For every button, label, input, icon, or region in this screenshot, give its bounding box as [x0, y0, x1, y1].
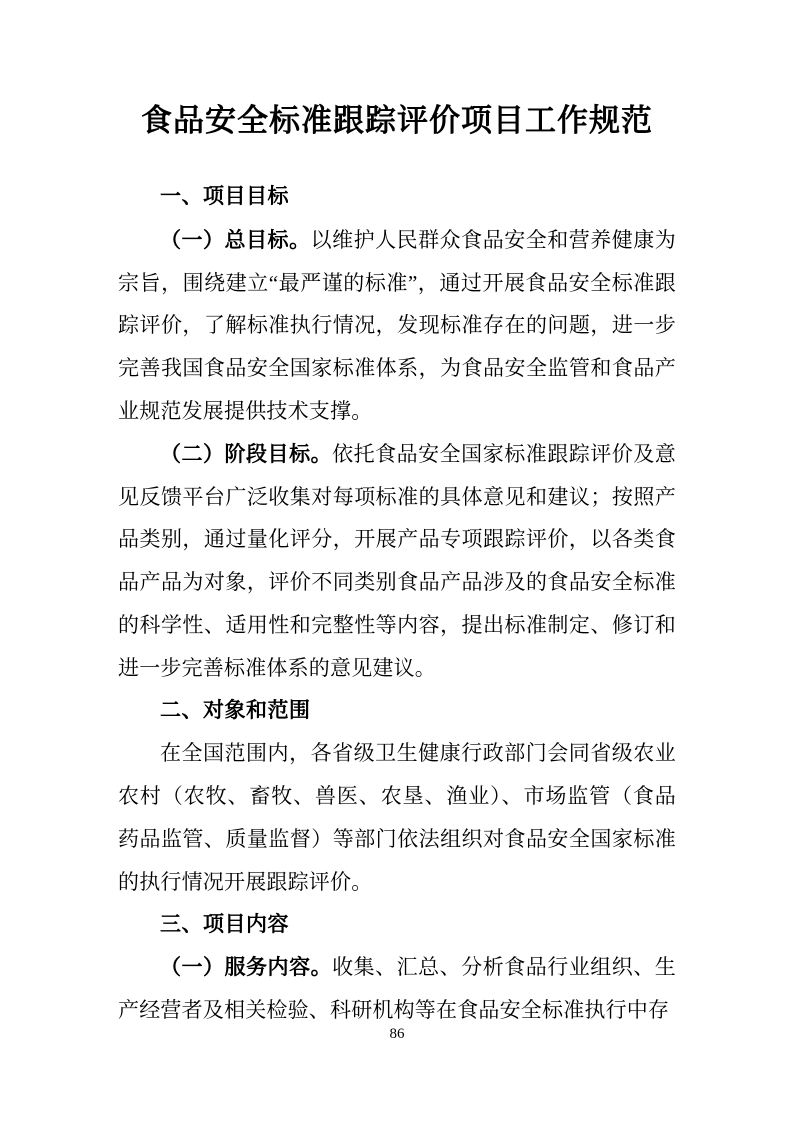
- paragraph: （一）总目标。以维护人民群众食品安全和营养健康为宗旨，围绕建立“最严谨的标准”，…: [118, 219, 676, 433]
- document-title: 食品安全标准跟踪评价项目工作规范: [118, 98, 676, 143]
- page-number: 86: [390, 1026, 405, 1042]
- paragraph: （一）服务内容。收集、汇总、分析食品行业组织、生产经营者及相关检验、科研机构等在…: [118, 946, 676, 1032]
- paragraph-text: 依托食品安全国家标准跟踪评价及意见反馈平台广泛收集对每项标准的具体意见和建议；按…: [118, 442, 676, 680]
- paragraph-text: 在全国范围内，各省级卫生健康行政部门会同省级农业农村（农牧、畜牧、兽医、农垦、渔…: [118, 741, 676, 893]
- paragraph: 在全国范围内，各省级卫生健康行政部门会同省级农业农村（农牧、畜牧、兽医、农垦、渔…: [118, 732, 676, 903]
- paragraph: （二）阶段目标。依托食品安全国家标准跟踪评价及意见反馈平台广泛收集对每项标准的具…: [118, 433, 676, 690]
- section-heading-2: 二、对象和范围: [118, 690, 676, 733]
- paragraph-lead: （一）总目标。: [160, 228, 311, 252]
- page-footer: 86: [0, 1024, 794, 1044]
- paragraph-text: 以维护人民群众食品安全和营养健康为宗旨，围绕建立“最严谨的标准”，通过开展食品安…: [118, 228, 676, 423]
- section-heading-1: 一、项目目标: [118, 176, 676, 219]
- document-page: 食品安全标准跟踪评价项目工作规范 一、项目目标 （一）总目标。以维护人民群众食品…: [0, 0, 794, 1122]
- document-body: 一、项目目标 （一）总目标。以维护人民群众食品安全和营养健康为宗旨，围绕建立“最…: [118, 176, 676, 1032]
- paragraph-lead: （一）服务内容。: [160, 955, 332, 979]
- paragraph-lead: （二）阶段目标。: [160, 442, 332, 466]
- section-heading-3: 三、项目内容: [118, 904, 676, 947]
